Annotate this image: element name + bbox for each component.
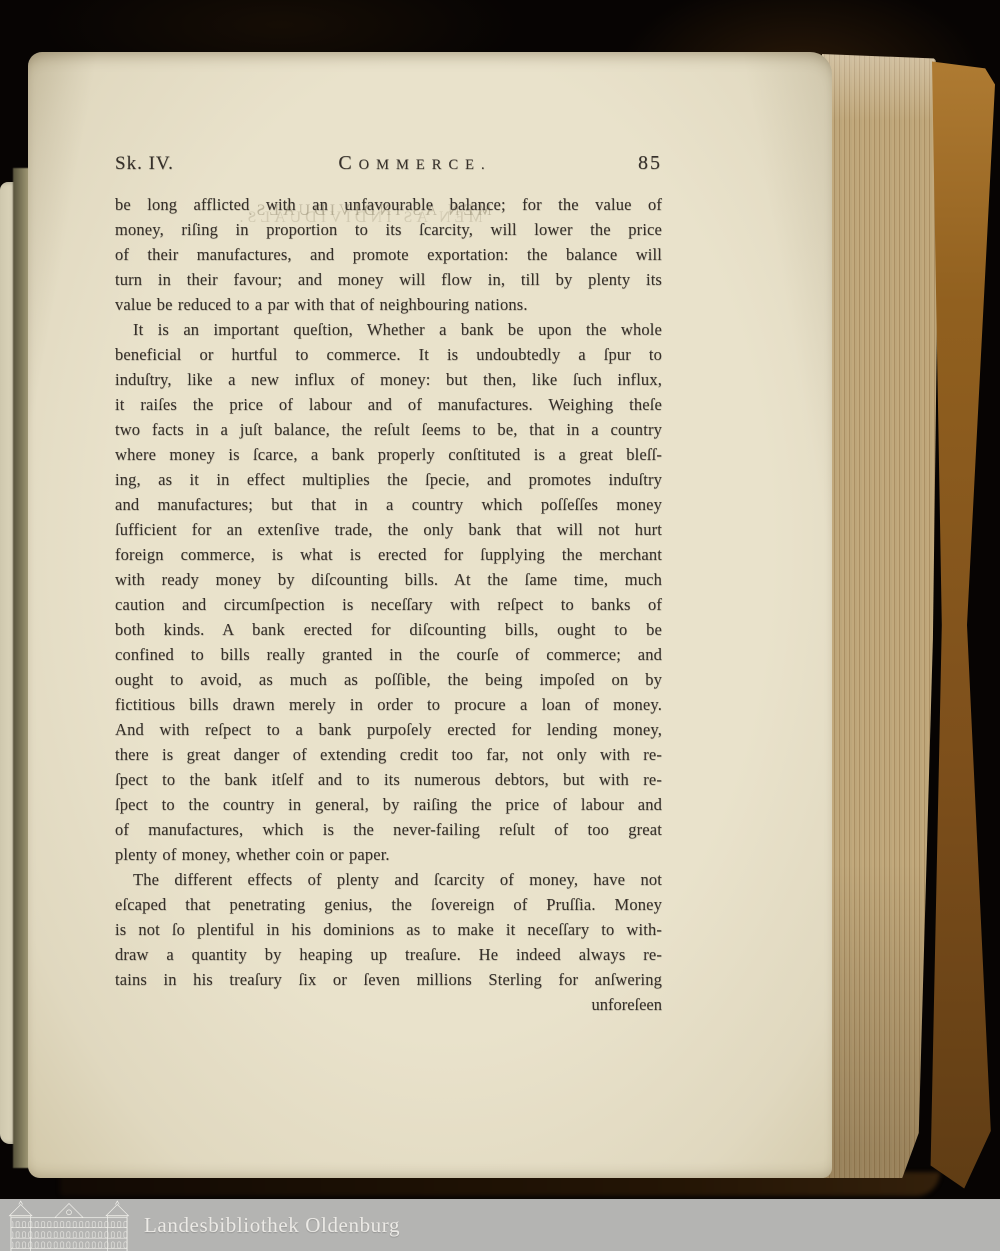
text-line: induſtry, like a new influx of money: bu… bbox=[115, 367, 662, 392]
leather-cover bbox=[925, 50, 995, 1200]
page-header: Sk. IV. Commerce. 85 bbox=[115, 152, 662, 175]
banner-title: Landesbibliothek Oldenburg bbox=[144, 1213, 400, 1238]
text-line: It is an important queſtion, Whether a b… bbox=[115, 317, 662, 342]
text-line: two facts in a juſt balance, the reſult … bbox=[115, 417, 662, 442]
paragraph: The different effects of plenty and ſcar… bbox=[115, 867, 662, 992]
book-page: MEN AS INDIVIDUALS. Sk. IV. Commerce. 85… bbox=[28, 52, 832, 1178]
header-page-number: 85 bbox=[638, 152, 662, 175]
text-line: draw a quantity by heaping up treaſure. … bbox=[115, 942, 662, 967]
text-line: there is great danger of extending credi… bbox=[115, 742, 662, 767]
text-line: is not ſo plentiful in his dominions as … bbox=[115, 917, 662, 942]
text-line: both kinds. A bank erected for diſcounti… bbox=[115, 617, 662, 642]
text-line: ſpect to the bank itſelf and to its nume… bbox=[115, 767, 662, 792]
text-line: be long afflicted with an unfavourable b… bbox=[115, 192, 662, 217]
text-line: value be reduced to a par with that of n… bbox=[115, 292, 662, 317]
text-line: And with reſpect to a bank purpoſely ere… bbox=[115, 717, 662, 742]
text-line: ſpect to the country in general, by raiſ… bbox=[115, 792, 662, 817]
text-line: eſcaped that penetrating genius, the ſov… bbox=[115, 892, 662, 917]
scan-background: MEN AS INDIVIDUALS. Sk. IV. Commerce. 85… bbox=[0, 0, 1000, 1251]
page-text: be long afflicted with an unfavourable b… bbox=[115, 192, 662, 992]
text-line: ought to avoid, as much as poſſible, the… bbox=[115, 667, 662, 692]
text-line: turn in their favour; and money will flo… bbox=[115, 267, 662, 292]
text-line: of their manufactures, and promote expor… bbox=[115, 242, 662, 267]
text-line: it raiſes the price of labour and of man… bbox=[115, 392, 662, 417]
text-line: with ready money by diſcounting bills. A… bbox=[115, 567, 662, 592]
header-title: Commerce. bbox=[174, 152, 638, 175]
text-line: ing, as it in effect multiplies the ſpec… bbox=[115, 467, 662, 492]
text-line: of manufactures, which is the never-fail… bbox=[115, 817, 662, 842]
text-line: plenty of money, whether coin or paper. bbox=[115, 842, 662, 867]
text-line: ſufficient for an extenſive trade, the o… bbox=[115, 517, 662, 542]
book-fore-edge bbox=[822, 54, 940, 1178]
text-line: The different effects of plenty and ſcar… bbox=[115, 867, 662, 892]
text-line: tains in his treaſury ſix or ſeven milli… bbox=[115, 967, 662, 992]
paragraph: It is an important queſtion, Whether a b… bbox=[115, 317, 662, 867]
text-line: caution and circumſpection is neceſſary … bbox=[115, 592, 662, 617]
text-line: foreign commerce, is what is erected for… bbox=[115, 542, 662, 567]
text-line: where money is ſcarce, a bank properly c… bbox=[115, 442, 662, 467]
text-line: money, riſing in proportion to its ſcarc… bbox=[115, 217, 662, 242]
text-line: beneficial or hurtful to commerce. It is… bbox=[115, 342, 662, 367]
text-line: and manufactures; but that in a country … bbox=[115, 492, 662, 517]
text-line: fictitious bills drawn merely in order t… bbox=[115, 692, 662, 717]
header-section-label: Sk. IV. bbox=[115, 153, 174, 175]
library-banner: Landesbibliothek Oldenburg bbox=[0, 1199, 1000, 1251]
library-building-icon bbox=[8, 1199, 130, 1251]
text-line: confined to bills really granted in the … bbox=[115, 642, 662, 667]
page-content: Sk. IV. Commerce. 85 be long afflicted w… bbox=[115, 52, 662, 1017]
paragraph: be long afflicted with an unfavourable b… bbox=[115, 192, 662, 317]
catchword: unforeſeen bbox=[115, 992, 662, 1017]
